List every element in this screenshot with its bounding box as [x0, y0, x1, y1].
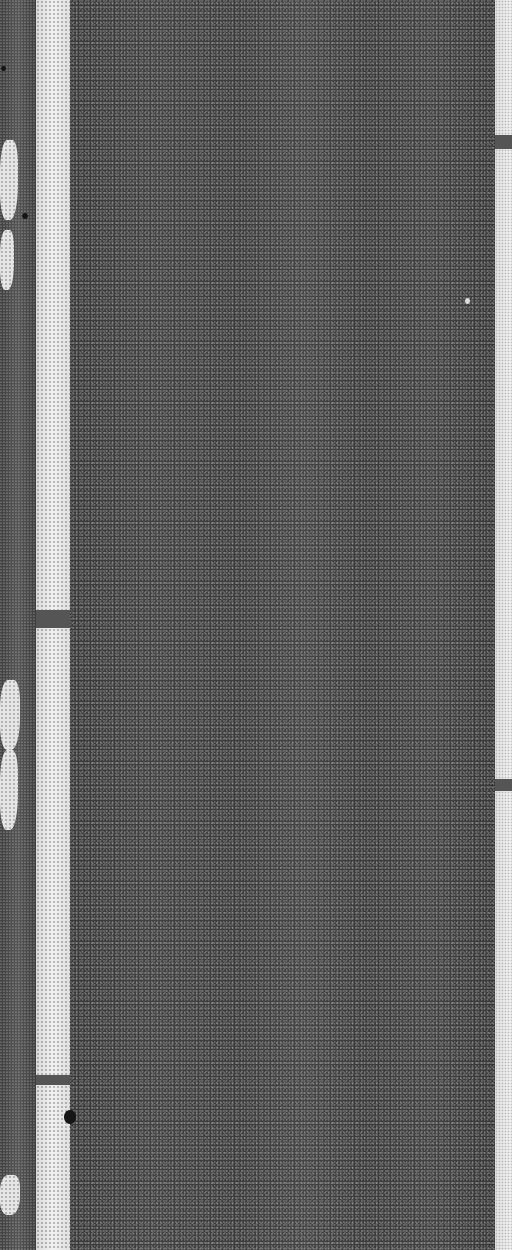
left-lane-marking-gap	[36, 610, 70, 628]
left-lane-marking	[36, 0, 70, 610]
left-lane-marking-gap	[36, 1075, 70, 1085]
paint-patch	[0, 140, 18, 220]
debris-speck	[465, 298, 470, 304]
right-lane-marking-gap	[495, 779, 512, 791]
paint-patch	[0, 230, 14, 290]
left-lane-marking	[36, 628, 70, 1078]
paint-patch	[0, 750, 18, 830]
left-lane-marking	[36, 1085, 70, 1250]
right-lane-marking	[495, 149, 512, 779]
right-lane-marking	[495, 0, 512, 135]
paint-patch	[0, 680, 20, 750]
right-lane-marking-gap	[495, 135, 512, 149]
right-lane-marking	[495, 791, 512, 1250]
pothole	[1, 66, 6, 71]
pothole	[64, 1110, 76, 1124]
road-scene	[0, 0, 512, 1250]
paint-patch	[0, 1175, 20, 1215]
asphalt-lane	[70, 0, 495, 1250]
pothole	[22, 213, 28, 219]
